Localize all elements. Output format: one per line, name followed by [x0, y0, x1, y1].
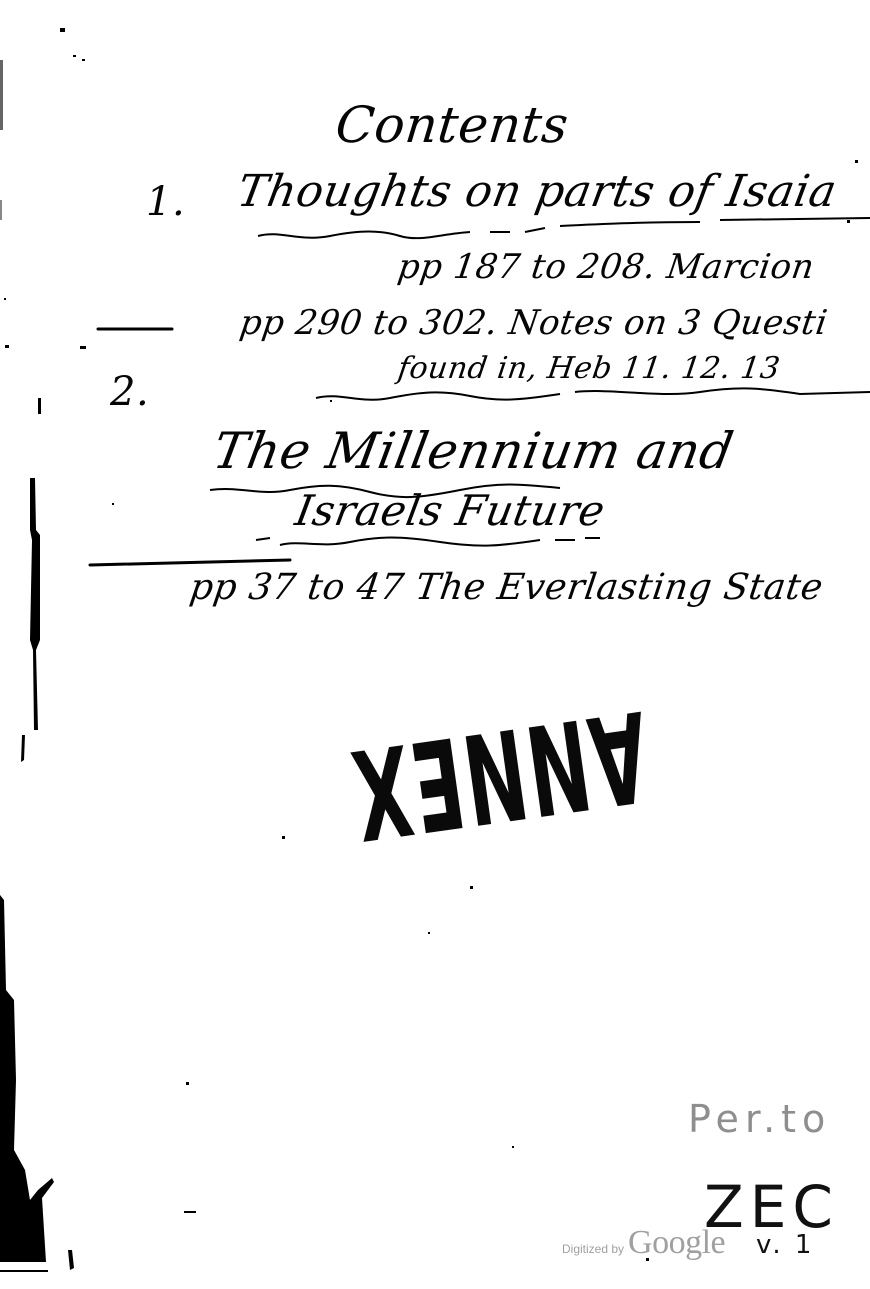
- watermark-prefix: Digitized by: [562, 1242, 624, 1256]
- annex-stamp: ANNEX: [332, 683, 668, 866]
- shelf-mark-faded-line: Per.to: [688, 1100, 831, 1138]
- entry-2-heading-line-1: The Millennium and: [210, 426, 738, 476]
- entry-2-line-1: pp 37 to 47 The Everlasting State: [187, 570, 825, 606]
- contents-title: Contents: [333, 100, 570, 150]
- entry-2-heading-line-2: Israels Future: [292, 490, 608, 532]
- shelf-mark-volume: v. 1: [756, 1232, 814, 1258]
- entry-1-number: 1.: [146, 182, 185, 222]
- entry-2-number: 2.: [110, 372, 149, 412]
- google-logo-text: Google: [628, 1224, 725, 1262]
- scanned-page: Contents 1. Thoughts on parts of Isaia p…: [0, 0, 870, 1289]
- binding-edge: [0, 60, 74, 1272]
- digitized-by-google-watermark: Digitized by Google: [562, 1224, 725, 1262]
- entry-1-line-3: found in, Heb 11. 12. 13: [396, 354, 782, 384]
- annex-stamp-text: ANNEX: [344, 693, 656, 857]
- entry-1-line-2: pp 290 to 302. Notes on 3 Questi: [238, 306, 830, 340]
- entry-1-line-1: pp 187 to 208. Marcion: [396, 250, 817, 284]
- entry-1-heading: Thoughts on parts of Isaia: [234, 170, 840, 214]
